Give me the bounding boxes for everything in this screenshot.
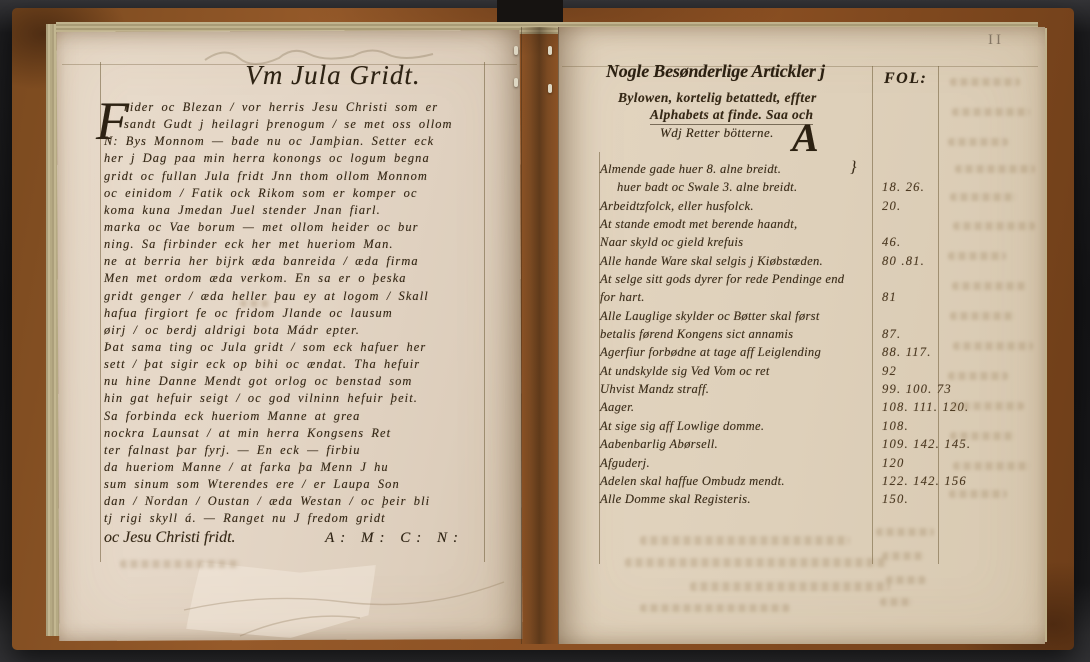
manuscript-line: hafua firgiort fe oc fridom Jlande oc la… xyxy=(104,306,492,323)
ink-bleedthrough xyxy=(640,536,850,545)
entry-text: betalis førend Kongens sict annamis xyxy=(600,327,793,341)
ink-bleedthrough xyxy=(950,312,1014,320)
manuscript-line: ne at berria her bijrk æda banreida / æd… xyxy=(104,254,492,271)
folio-reference: 18. 26. xyxy=(882,180,925,195)
ink-bleedthrough xyxy=(955,165,1035,173)
manuscript-line: sum sinum som Wterendes ere / er Laupa S… xyxy=(104,477,492,494)
ink-bleedthrough xyxy=(948,372,1008,380)
binding-stitch xyxy=(548,84,552,93)
entry-text: for hart. xyxy=(600,290,645,304)
entry-text: At sige sig aff Lowlige domme. xyxy=(600,419,764,433)
entry-text: Afguderj. xyxy=(600,456,650,470)
manuscript-photo: Vm Jula Gridt. F rider oc Blezan / vor h… xyxy=(0,0,1090,662)
entry-text: At stande emodt met berende haandt, xyxy=(600,217,798,231)
manuscript-line: koma kuna Jmedan Juel stender Jnan fiarl… xyxy=(104,203,492,220)
entry-text: Alle Domme skal Registeris. xyxy=(600,492,751,506)
entry-text: Alle hande Ware skal selgis j Kiøbstæden… xyxy=(600,254,823,268)
manuscript-line: Sa forbinda eck hueriom Manne at grea xyxy=(104,409,492,426)
brace-flourish: } xyxy=(850,159,857,177)
ink-bleedthrough xyxy=(886,576,926,584)
ink-bleedthrough xyxy=(880,598,912,606)
fol-column-header: FOL: xyxy=(884,70,927,88)
ink-bleedthrough xyxy=(640,604,790,612)
binding-stitch xyxy=(514,46,518,55)
folio-number: II xyxy=(988,32,1004,49)
ink-bleedthrough xyxy=(120,560,240,568)
closing-text: oc Jesu Christi fridt. xyxy=(104,529,236,547)
manuscript-line: gridt oc fullan Jula fridt Jnn thom ollo… xyxy=(104,169,492,186)
index-entry-row: Uhvist Mandz straff.99. 100. 73 xyxy=(600,382,1040,400)
manuscript-line: ter falnast þar fyrj. — En eck — firbiu xyxy=(104,443,492,460)
folio-reference: 108. xyxy=(882,419,909,434)
ink-bleedthrough xyxy=(953,462,1029,470)
ink-bleedthrough xyxy=(876,528,934,536)
folio-reference: 20. xyxy=(882,199,901,214)
manuscript-line: sandt Gudt j heilagri þrenogum / se met … xyxy=(104,117,492,134)
entry-text: At selge sitt gods dyrer for rede Pendin… xyxy=(600,272,844,286)
entry-text: Aager. xyxy=(600,400,634,414)
manuscript-line: nockra Launsat / at min herra Kongsens R… xyxy=(104,426,492,443)
manuscript-line: tj rigi skyll á. — Ranget nu J fredom gr… xyxy=(104,511,492,528)
index-heading-line3: Alphabets at finde. Saa och xyxy=(650,107,813,125)
folio-reference: 120 xyxy=(882,456,905,471)
ink-bleedthrough xyxy=(950,432,1014,440)
manuscript-line: oc einidom / Fatik ock Rikom som er komp… xyxy=(104,186,492,203)
ink-bleedthrough xyxy=(953,222,1035,230)
manuscript-line: dan / Nordan / Oustan / æda Westan / oc … xyxy=(104,494,492,511)
manuscript-line: her j Dag paa min herra konongs oc logum… xyxy=(104,151,492,168)
ink-bleedthrough xyxy=(690,582,890,591)
chapter-title: Vm Jula Gridt. xyxy=(168,60,498,91)
manuscript-line: Men met ordom æda verkom. En sa er o þes… xyxy=(104,271,492,288)
ink-bleedthrough xyxy=(949,490,1007,498)
ink-bleedthrough xyxy=(950,193,1016,201)
index-entry-row: for hart.81 xyxy=(600,290,1040,308)
index-heading-line2: Bylowen, kortelig betattedt, effter xyxy=(618,90,817,106)
gutter-crease xyxy=(521,27,522,644)
entry-text: Almende gade huer 8. alne breidt. xyxy=(600,162,781,176)
index-entry-row: Naar skyld oc gield krefuis46. xyxy=(600,235,1040,253)
folio-reference: 122. 142. 156 xyxy=(882,474,967,489)
folio-reference: 99. 100. 73 xyxy=(882,382,952,397)
ink-bleedthrough xyxy=(953,342,1033,350)
ink-bleedthrough xyxy=(240,300,270,307)
manuscript-line: nu hine Danne Mendt got orlog oc benstad… xyxy=(104,374,492,391)
closing-line: oc Jesu Christi fridt.A: M: C: N: xyxy=(104,529,492,547)
ink-bleedthrough xyxy=(625,558,887,567)
manuscript-line: da hueriom Manne / at farka þa Menn J hu xyxy=(104,460,492,477)
entry-text: At undskylde sig Ved Vom oc ret xyxy=(600,364,770,378)
binding-stitch xyxy=(514,78,518,87)
entry-text: Alle Lauglige skylder oc Bøtter skal før… xyxy=(600,309,820,323)
ink-bleedthrough xyxy=(948,138,1008,146)
manuscript-line: gridt genger / æda heller þau ey at logo… xyxy=(104,289,492,306)
index-heading-line4: Wdj Retter bötterne. xyxy=(660,125,774,141)
entry-text: Aabenbarlig Abørsell. xyxy=(600,437,718,451)
ink-bleedthrough xyxy=(948,252,1006,260)
section-initial-A: A xyxy=(792,118,819,158)
book-gutter xyxy=(519,27,560,644)
manuscript-line: hin gat hefuir seigt / oc god vilninn he… xyxy=(104,391,492,408)
folio-reference: 92 xyxy=(882,364,897,379)
entry-text: Naar skyld oc gield krefuis xyxy=(600,235,743,249)
binding-stitch xyxy=(548,46,552,55)
paper-crease-lines xyxy=(180,570,510,640)
folio-reference: 150. xyxy=(882,492,909,507)
manuscript-line: Þat sama ting oc Jula gridt / som eck ha… xyxy=(104,340,492,357)
gutter-crease xyxy=(558,27,559,644)
ink-bleedthrough xyxy=(952,402,1024,410)
entry-text: Arbeidtzfolck, eller husfolck. xyxy=(600,199,754,213)
index-entry-row: Arbeidtzfolck, eller husfolck.20. xyxy=(600,199,1040,217)
manuscript-line: N: Bys Monnom — bade nu oc Jamþian. Sett… xyxy=(104,134,492,151)
folio-reference: 88. 117. xyxy=(882,345,932,360)
ink-bleedthrough xyxy=(950,78,1020,86)
entry-text: Agerfiur forbødne at tage aff Leiglendin… xyxy=(600,345,821,359)
index-heading-line1: Nogle Besønderlige Artickler j xyxy=(606,61,825,82)
manuscript-line: sett / þat sigir eck op bihi oc ændat. T… xyxy=(104,357,492,374)
entry-text: Uhvist Mandz straff. xyxy=(600,382,709,396)
manuscript-line: ning. Sa firbinder eck her met hueriom M… xyxy=(104,237,492,254)
folio-reference: 81 xyxy=(882,290,897,305)
manuscript-line: marka oc Vae borum — met ollom heider oc… xyxy=(104,220,492,237)
manuscript-line: rider oc Blezan / vor herris Jesu Christ… xyxy=(104,100,492,117)
initials-signature: A: M: C: N: xyxy=(325,530,492,547)
ink-bleedthrough xyxy=(882,552,924,560)
folio-reference: 46. xyxy=(882,235,901,250)
ink-bleedthrough xyxy=(952,108,1030,116)
left-page-lines: rider oc Blezan / vor herris Jesu Christ… xyxy=(104,100,492,547)
entry-text: huer badt oc Swale 3. alne breidt. xyxy=(617,180,797,194)
manuscript-line: øirj / oc berdj aldrigi bota Mádr epter. xyxy=(104,323,492,340)
folio-reference: 87. xyxy=(882,327,901,342)
ink-bleedthrough xyxy=(952,282,1026,290)
entry-text: Adelen skal haffue Ombudz mendt. xyxy=(600,474,785,488)
index-entry-list: Almende gade huer 8. alne breidt.}huer b… xyxy=(600,162,1040,511)
folio-reference: 80 .81. xyxy=(882,254,925,269)
